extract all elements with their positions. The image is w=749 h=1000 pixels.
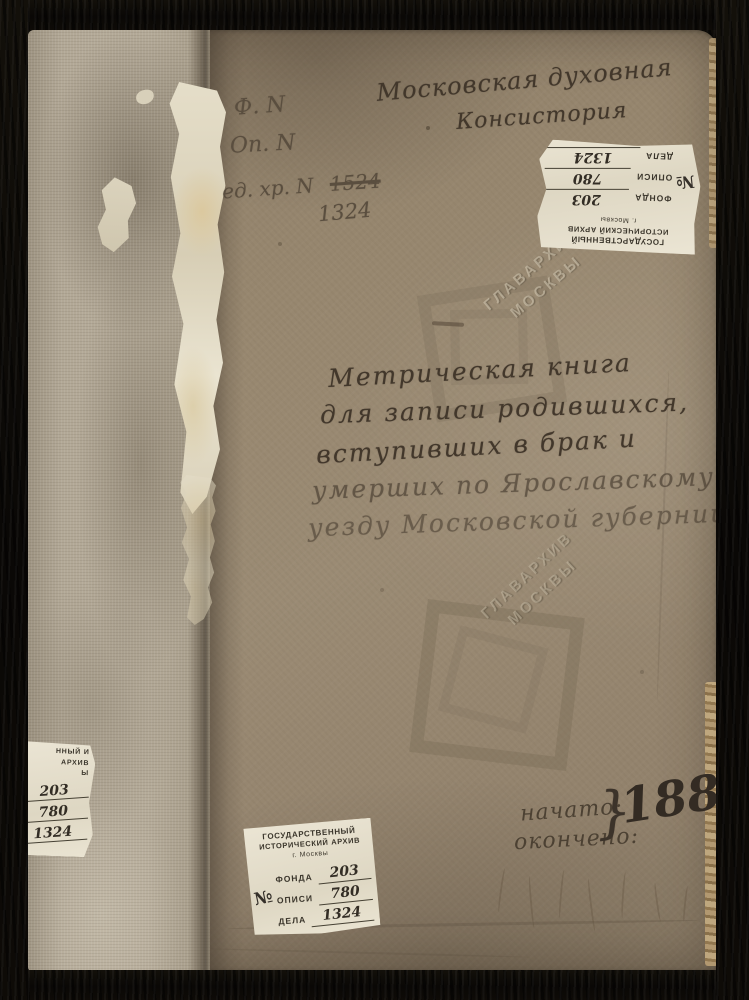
dirt-speck	[640, 670, 644, 674]
opis-value: 780	[545, 167, 631, 185]
delo-label: ДЕЛА	[645, 148, 673, 161]
number-sign: №	[252, 887, 274, 910]
opis-label: ОПИСИ	[636, 169, 672, 182]
spine-opis-value: 780	[19, 801, 88, 823]
storage-unit-new-number: 1324	[317, 198, 372, 227]
fond-label: ФОНДА	[275, 872, 313, 887]
book-cover: ГЛАВАРХИВ МОСКВЫ ГЛАВАРХИВ МОСКВЫ Москов…	[28, 30, 718, 972]
opis-note: Оп. N	[229, 130, 296, 158]
archive-label-top-right: ГОСУДАРСТВЕННЫЙ ИСТОРИЧЕСКИЙ АРХИВ г. Мо…	[536, 139, 702, 255]
delo-value: 1324	[310, 903, 374, 927]
dirt-speck	[426, 126, 430, 130]
archival-photo: ГЛАВАРХИВ МОСКВЫ ГЛАВАРХИВ МОСКВЫ Москов…	[0, 0, 749, 1000]
spine-fond-value: 203	[20, 780, 89, 802]
frame-edge-bottom	[0, 970, 749, 1000]
storage-unit-old-number: 1524	[329, 168, 381, 195]
spine-delo-value: 1324	[18, 822, 87, 844]
delo-value: 1324	[545, 147, 640, 165]
dirt-speck	[278, 242, 282, 246]
frame-edge-top	[0, 0, 749, 30]
number-sign: №	[675, 170, 695, 192]
archive-label-bottom-center: ГОСУДАРСТВЕННЫЙ ИСТОРИЧЕСКИЙ АРХИВ г. Мо…	[243, 818, 380, 939]
frame-edge-left	[0, 0, 28, 1000]
fond-value: 203	[544, 188, 629, 206]
frame-edge-right	[716, 0, 749, 1000]
dirt-speck	[380, 588, 384, 592]
fond-note: Ф. N	[233, 92, 286, 121]
fond-label: ФОНДА	[634, 190, 672, 203]
fond-value: 203	[317, 861, 372, 884]
delo-label: ДЕЛА	[278, 915, 307, 929]
opis-label: ОПИСИ	[277, 893, 314, 907]
